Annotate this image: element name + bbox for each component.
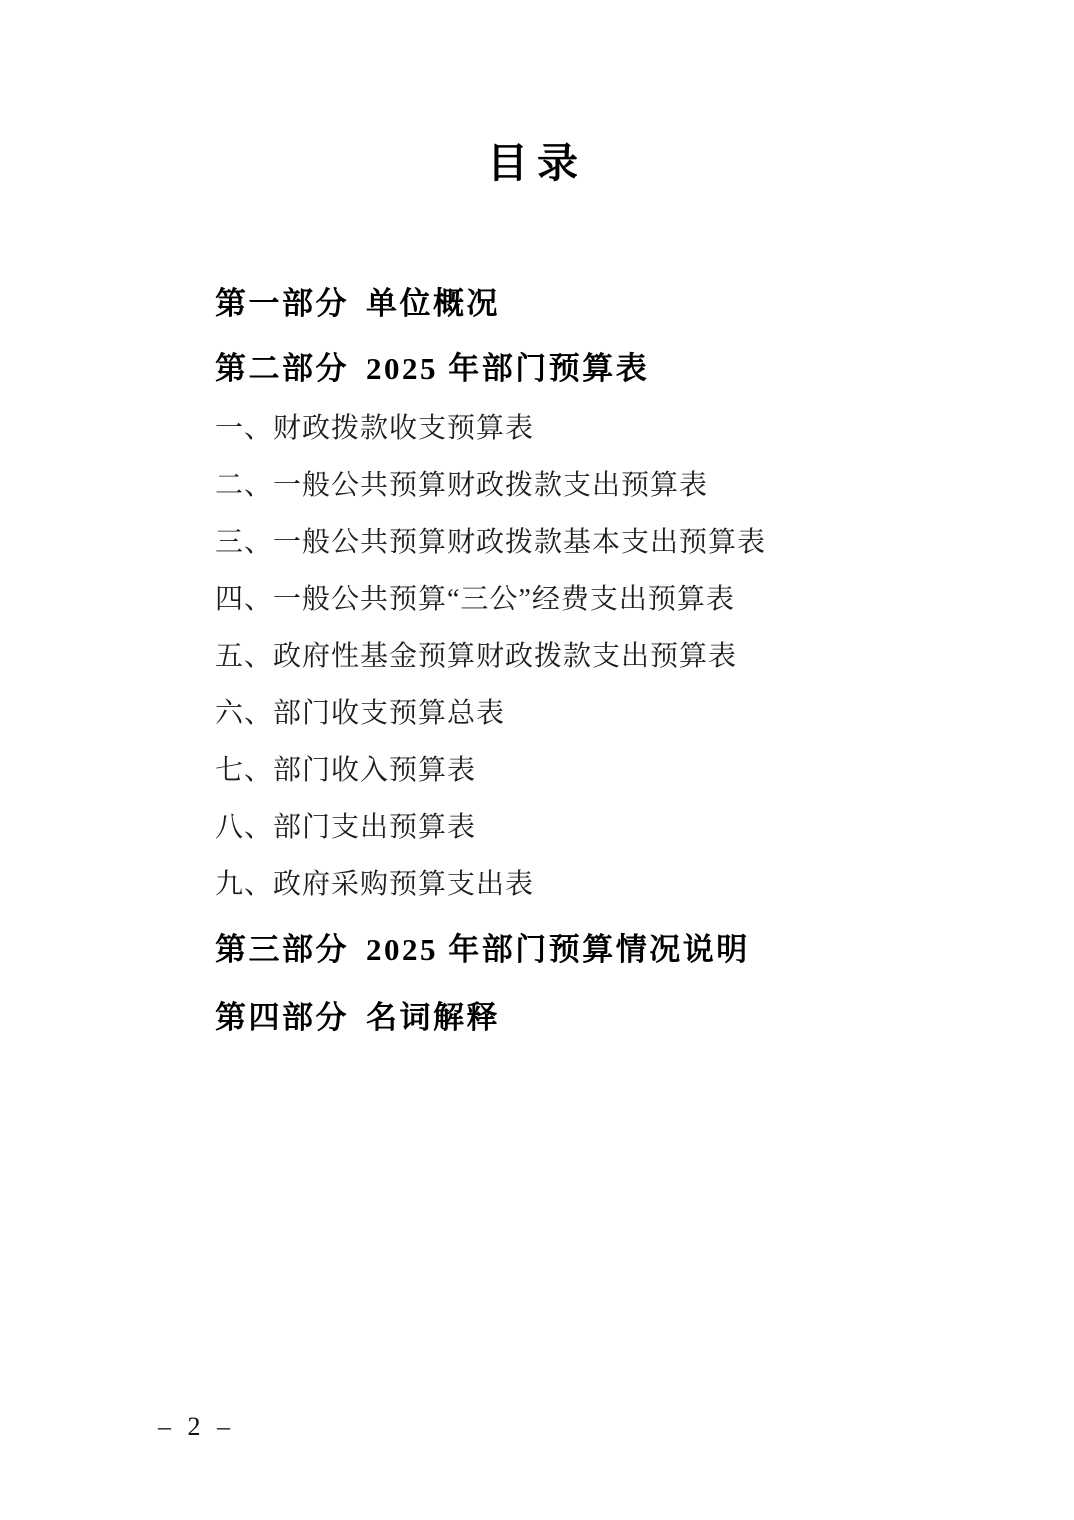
- document-page: 目录 第一部分单位概况 第二部分2025 年部门预算表 一、财政拨款收支预算表 …: [0, 0, 1074, 1520]
- toc-item-1: 一、财政拨款收支预算表: [215, 412, 534, 446]
- toc-section-part2: 第二部分2025 年部门预算表: [215, 350, 649, 387]
- section-part3-label: 第三部分: [215, 932, 349, 967]
- toc-item-9: 九、政府采购预算支出表: [215, 868, 534, 902]
- section-part2-label: 第二部分: [215, 351, 349, 386]
- page-number: – 2 –: [158, 1412, 235, 1442]
- section-part2-title: 2025 年部门预算表: [366, 351, 649, 386]
- toc-item-2: 二、一般公共预算财政拨款支出预算表: [215, 469, 708, 503]
- page-title: 目录: [0, 140, 1074, 187]
- section-part1-title: 单位概况: [366, 286, 500, 321]
- toc-section-part3: 第三部分2025 年部门预算情况说明: [215, 931, 750, 968]
- toc-item-3: 三、一般公共预算财政拨款基本支出预算表: [215, 526, 766, 560]
- section-part3-title: 2025 年部门预算情况说明: [366, 932, 750, 967]
- toc-item-4: 四、一般公共预算“三公”经费支出预算表: [215, 583, 735, 617]
- section-part1-label: 第一部分: [215, 286, 349, 321]
- section-part4-title: 名词解释: [366, 1000, 500, 1035]
- toc-item-5: 五、政府性基金预算财政拨款支出预算表: [215, 640, 737, 674]
- toc-section-part1: 第一部分单位概况: [215, 285, 500, 322]
- toc-item-6: 六、部门收支预算总表: [215, 697, 505, 731]
- toc-section-part4: 第四部分名词解释: [215, 999, 500, 1036]
- section-part4-label: 第四部分: [215, 1000, 349, 1035]
- toc-item-8: 八、部门支出预算表: [215, 811, 476, 845]
- toc-item-7: 七、部门收入预算表: [215, 754, 476, 788]
